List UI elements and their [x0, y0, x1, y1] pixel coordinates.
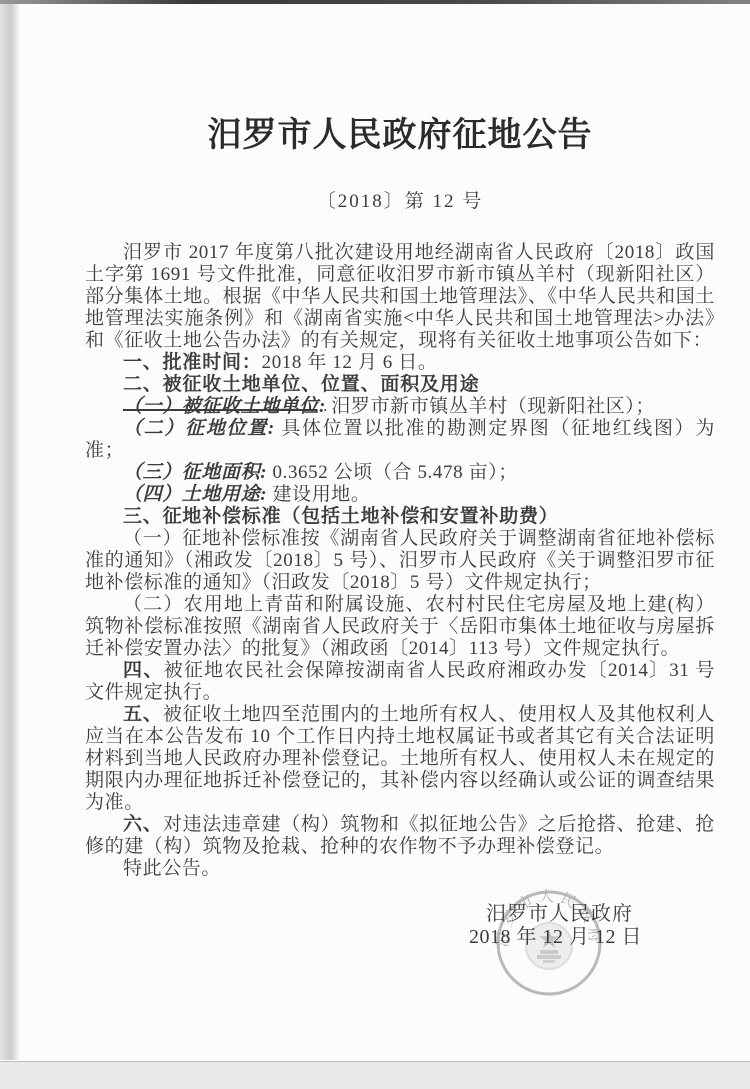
section-registration: 五、被征收土地四至范围内的土地所有权人、使用权人及其他权利人应当在本公告发布 1…	[85, 704, 715, 814]
item-land-location-label: （二）征地位置:	[123, 418, 275, 439]
item-crops-buildings-compensation: （二）农用地上青苗和附属设施、农村村民住宅房屋及地上建(构）筑物补偿标准按照《湖…	[85, 594, 715, 660]
intro-paragraph: 汨罗市 2017 年度第八批次建设用地经湖南省人民政府〔2018〕政国土字第 1…	[85, 242, 715, 352]
section-illegal-structures: 六、对违法违章建（构）筑物和《拟征地公告》之后抢搭、抢建、抢修的建（构）筑物及抢…	[85, 814, 715, 858]
section-compensation-heading: 三、征地补偿标准（包括土地补偿和安置补助费）	[85, 506, 715, 528]
item-land-area-label: （三）征地面积:	[123, 462, 267, 483]
section-3-heading: 三、征地补偿标准（包括土地补偿和安置补助费）	[123, 506, 559, 527]
document-number: 〔2018〕第 12 号	[85, 189, 715, 214]
section-5-number: 五、	[123, 704, 163, 725]
item-compensation-standard: （一）征地补偿标准按《湖南省人民政府关于调整湖南省征地补偿标准的通知》（湘政发〔…	[85, 528, 715, 594]
section-land-unit-heading: 二、被征收土地单位、位置、面积及用途	[85, 374, 715, 396]
section-social-security: 四、被征地农民社会保障按湖南省人民政府湘政办发〔2014〕31 号文件规定执行。	[85, 660, 715, 704]
item-land-use: （四）土地用途: 建设用地。	[85, 484, 715, 506]
item-land-use-value: 建设用地。	[267, 484, 370, 505]
section-4-number: 四、	[123, 660, 164, 681]
scan-edge-top	[0, 0, 750, 4]
item-land-unit: （一）被征收土地单位: 汨罗市新市镇丛羊村（现新阳社区）；	[85, 396, 715, 418]
item-land-use-label: （四）土地用途:	[123, 484, 267, 505]
scan-edge-left	[0, 4, 20, 1060]
section-2-heading: 二、被征收土地单位、位置、面积及用途	[123, 374, 479, 395]
section-5-text: 被征收土地四至范围内的土地所有权人、使用权人及其他权利人应当在本公告发布 10 …	[85, 704, 715, 813]
signature-block: 汨罗市人民政府 2018 年 12 月 12 日	[85, 903, 715, 949]
item-land-location: （二）征地位置: 具体位置以批准的勘测定界图（征地红线图）为准；	[85, 418, 715, 462]
signature-issuer: 汨罗市人民政府	[85, 903, 715, 926]
section-6-number: 六、	[123, 814, 163, 835]
section-4-text: 被征地农民社会保障按湖南省人民政府湘政办发〔2014〕31 号文件规定执行。	[85, 660, 715, 703]
scanned-document: 汨罗市人民政府征地公告 〔2018〕第 12 号 汨罗市 2017 年度第八批次…	[0, 0, 750, 1089]
signature-date: 2018 年 12 月 12 日	[85, 926, 715, 949]
document-body: 汨罗市 2017 年度第八批次建设用地经湖南省人民政府〔2018〕政国土字第 1…	[85, 242, 715, 880]
announcement-page: 汨罗市人民政府征地公告 〔2018〕第 12 号 汨罗市 2017 年度第八批次…	[0, 4, 750, 1061]
section-6-text: 对违法违章建（构）筑物和《拟征地公告》之后抢搭、抢建、抢修的建（构）筑物及抢栽、…	[85, 814, 715, 857]
item-land-area: （三）征地面积: 0.3652 公顷（合 5.478 亩）；	[85, 462, 715, 484]
item-land-area-value: 0.3652 公顷（合 5.478 亩）；	[267, 462, 518, 483]
scan-edge-bottom	[0, 1061, 750, 1089]
document-title: 汨罗市人民政府征地公告	[85, 116, 715, 156]
section-approval-time: 一、批准时间：2018 年 12 月 6 日。	[85, 352, 715, 374]
section-approval-time-text: 2018 年 12 月 6 日。	[262, 352, 438, 373]
item-land-unit-value: 汨罗市新市镇丛羊村（现新阳社区）；	[326, 396, 655, 417]
item-land-unit-label: （一）被征收土地单位:	[123, 396, 326, 417]
section-approval-time-heading: 一、批准时间：	[123, 352, 262, 373]
closing-statement: 特此公告。	[85, 858, 715, 880]
